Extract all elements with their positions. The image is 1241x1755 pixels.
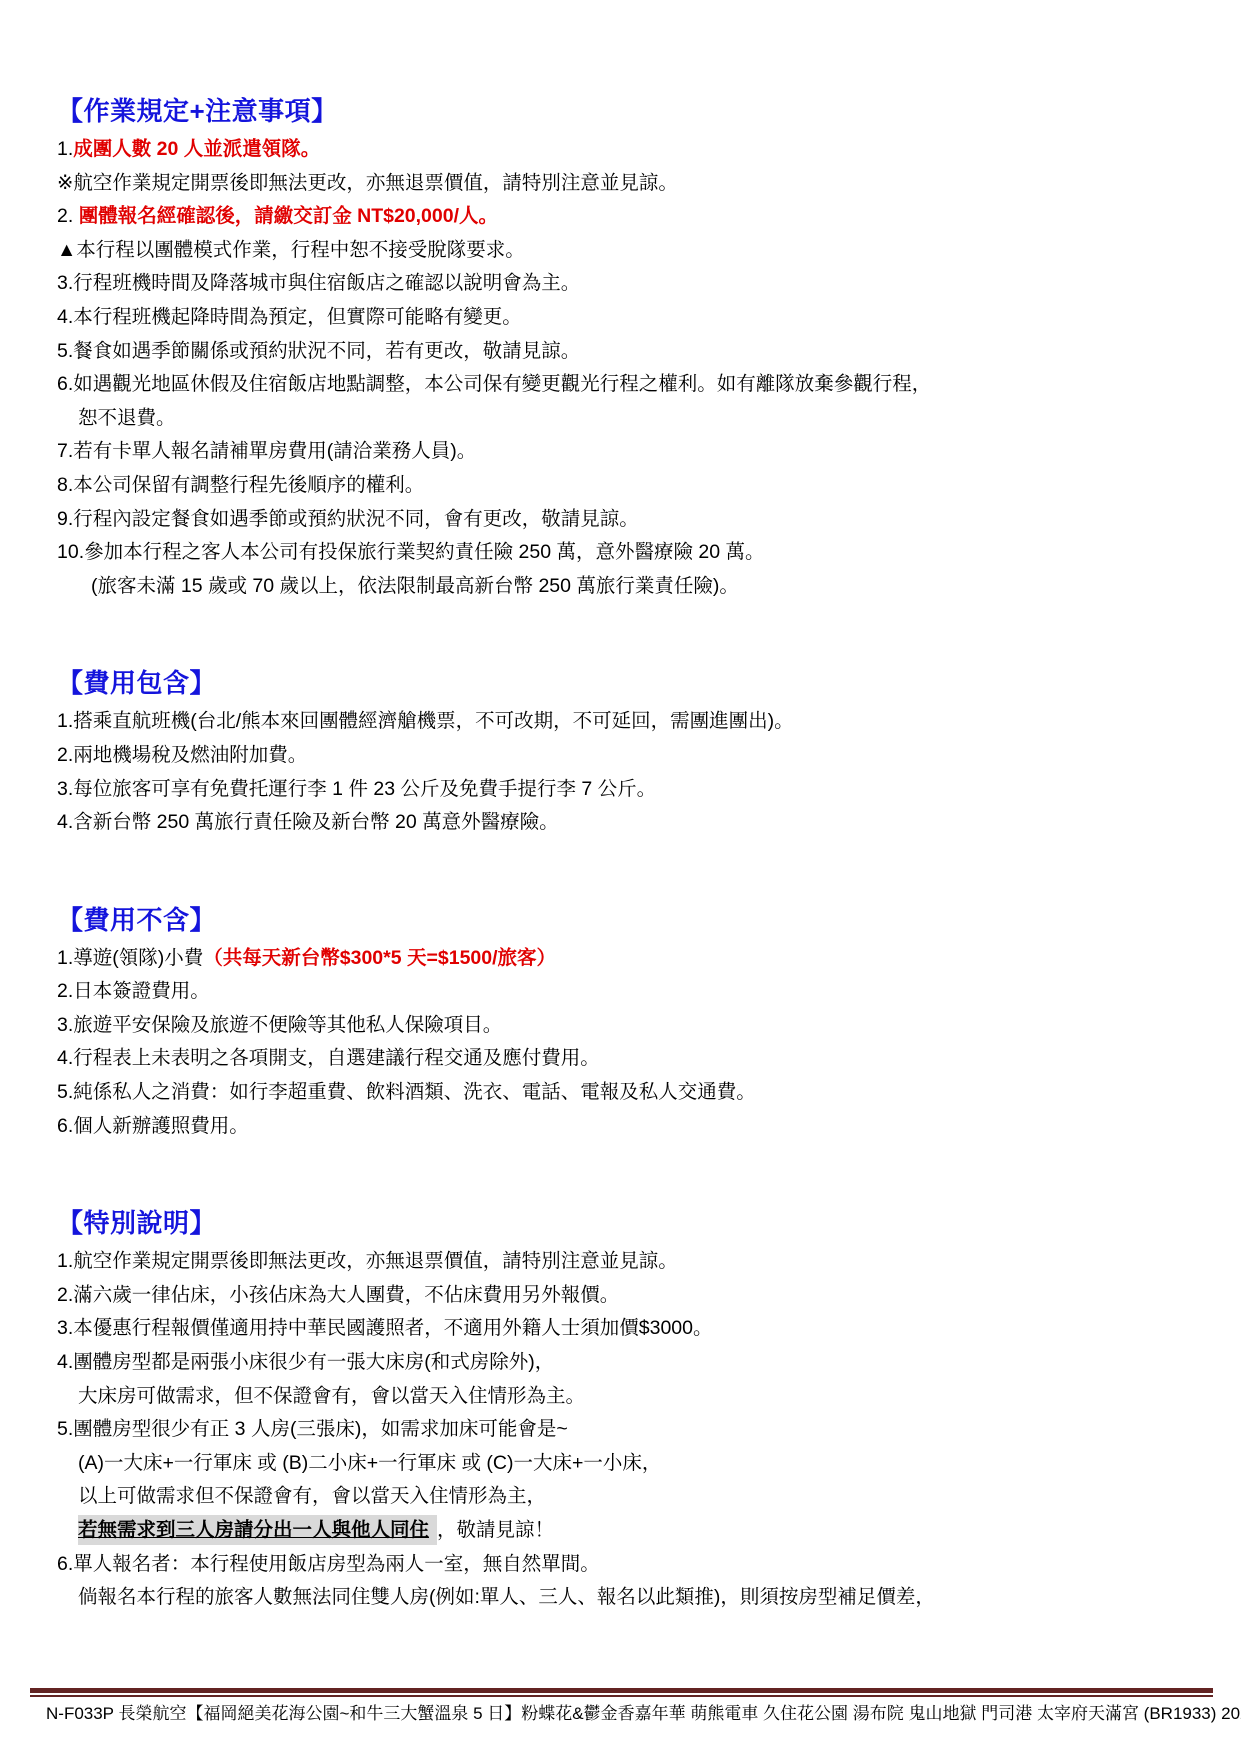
- document-body: 【作業規定+注意事項】1.成團人數 20 人並派遣領隊。※航空作業規定開票後即無…: [0, 0, 1241, 1615]
- body-text-run: 4.本行程班機起降時間為預定，但實際可能略有變更。: [57, 306, 522, 328]
- text-line: ※航空作業規定開票後即無法更改，亦無退票價值，請特別注意並見諒。: [57, 167, 1191, 201]
- text-line: 5.團體房型很少有正 3 人房(三張床)，如需求加床可能會是~: [57, 1413, 1191, 1447]
- body-text-run: 1.導遊(領隊)小費: [57, 947, 203, 969]
- text-line: ▲本行程以團體模式作業，行程中恕不接受脫隊要求。: [57, 234, 1191, 268]
- text-line: 6.單人報名者：本行程使用飯店房型為兩人一室，無自然單間。: [57, 1548, 1191, 1582]
- text-line: 5.餐食如遇季節關係或預約狀況不同，若有更改，敬請見諒。: [57, 335, 1191, 369]
- emphasis-red-run: 成團人數 20 人並派遣領隊。: [73, 138, 320, 160]
- body-text-run: ，敬請見諒！: [437, 1519, 554, 1541]
- body-text-run: 1.: [57, 138, 73, 160]
- text-line: 1.成團人數 20 人並派遣領隊。: [57, 133, 1191, 167]
- text-line: 1.導遊(領隊)小費（共每天新台幣$300*5 天=$1500/旅客）: [57, 942, 1191, 976]
- text-line: 若無需求到三人房請分出一人與他人同住，敬請見諒！: [57, 1514, 1191, 1548]
- body-text-run: 1.航空作業規定開票後即無法更改，亦無退票價值，請特別注意並見諒。: [57, 1250, 678, 1272]
- text-line: 5.純係私人之消費：如行李超重費、飲料酒類、洗衣、電話、電報及私人交通費。: [57, 1076, 1191, 1110]
- body-text-run: 5.團體房型很少有正 3 人房(三張床)，如需求加床可能會是~: [57, 1418, 568, 1440]
- body-text-run: 8.本公司保留有調整行程先後順序的權利。: [57, 474, 424, 496]
- body-text-run: 以上可做需求但不保證會有，會以當天入住情形為主，: [78, 1485, 546, 1507]
- emphasis-red-run: （共每天新台幣$300*5 天=$1500/旅客）: [203, 947, 556, 969]
- text-line: (旅客未滿 15 歲或 70 歲以上，依法限制最高新台幣 250 萬旅行業責任險…: [57, 570, 1191, 604]
- body-text-run: ▲本行程以團體模式作業，行程中恕不接受脫隊要求。: [57, 239, 525, 261]
- body-text-run: 恕不退費。: [78, 407, 176, 429]
- section-fee-included: 【費用包含】1.搭乘直航班機(台北/熊本來回團體經濟艙機票，不可改期，不可延回，…: [57, 665, 1191, 839]
- text-line: 3.本優惠行程報價僅適用持中華民國護照者，不適用外籍人士須加價$3000。: [57, 1312, 1191, 1346]
- footer-text: N-F033P 長榮航空【福岡絕美花海公園~和牛三大蟹溫泉 5 日】粉蝶花&鬱金…: [46, 1702, 1216, 1726]
- text-line: 4.本行程班機起降時間為預定，但實際可能略有變更。: [57, 301, 1191, 335]
- body-text-run: 10.參加本行程之客人本公司有投保旅行業契約責任險 250 萬，意外醫療險 20…: [57, 541, 765, 563]
- body-text-run: 5.純係私人之消費：如行李超重費、飲料酒類、洗衣、電話、電報及私人交通費。: [57, 1081, 756, 1103]
- body-text-run: 3.行程班機時間及降落城市與住宿飯店之確認以說明會為主。: [57, 272, 580, 294]
- text-line: 2. 團體報名經確認後，請繳交訂金 NT$20,000/人。: [57, 200, 1191, 234]
- body-text-run: 3.旅遊平安保險及旅遊不便險等其他私人保險項目。: [57, 1014, 502, 1036]
- section-special-notes-title: 【特別說明】: [57, 1205, 1191, 1241]
- body-text-run: 3.本優惠行程報價僅適用持中華民國護照者，不適用外籍人士須加價$3000。: [57, 1317, 713, 1339]
- body-text-run: 9.行程內設定餐食如遇季節或預約狀況不同，會有更改，敬請見諒。: [57, 508, 639, 530]
- body-text-run: 大床房可做需求，但不保證會有，會以當天入住情形為主。: [78, 1385, 585, 1407]
- section-special-notes: 【特別說明】1.航空作業規定開票後即無法更改，亦無退票價值，請特別注意並見諒。2…: [57, 1205, 1191, 1615]
- text-line: 3.旅遊平安保險及旅遊不便險等其他私人保險項目。: [57, 1009, 1191, 1043]
- body-text-run: (旅客未滿 15 歲或 70 歲以上，依法限制最高新台幣 250 萬旅行業責任險…: [91, 575, 739, 597]
- body-text-run: 2.日本簽證費用。: [57, 980, 210, 1002]
- text-line: 6.個人新辦護照費用。: [57, 1110, 1191, 1144]
- text-line: 大床房可做需求，但不保證會有，會以當天入住情形為主。: [57, 1380, 1191, 1414]
- text-line: 2.日本簽證費用。: [57, 975, 1191, 1009]
- body-text-run: 2.: [57, 205, 79, 227]
- text-line: 4.行程表上未表明之各項開支，自選建議行程交通及應付費用。: [57, 1042, 1191, 1076]
- body-text-run: 3.每位旅客可享有免費托運行李 1 件 23 公斤及免費手提行李 7 公斤。: [57, 778, 656, 800]
- body-text-run: (A)一大床+一行軍床 或 (B)二小床+一行軍床 或 (C)一大床+一小床，: [78, 1452, 661, 1474]
- emphasis-red-run: 團體報名經確認後，請繳交訂金 NT$20,000/人。: [79, 205, 498, 227]
- text-line: 7.若有卡單人報名請補單房費用(請洽業務人員)。: [57, 435, 1191, 469]
- text-line: 3.每位旅客可享有免費托運行李 1 件 23 公斤及免費手提行李 7 公斤。: [57, 773, 1191, 807]
- text-line: 10.參加本行程之客人本公司有投保旅行業契約責任險 250 萬，意外醫療險 20…: [57, 536, 1191, 570]
- section-operation-rules-title: 【作業規定+注意事項】: [57, 93, 1191, 129]
- text-line: 恕不退費。: [57, 402, 1191, 436]
- highlight-run: 若無需求到三人房請分出一人與他人同住: [78, 1515, 437, 1545]
- text-line: 倘報名本行程的旅客人數無法同住雙人房(例如:單人、三人、報名以此類推)，則須按房…: [57, 1581, 1191, 1615]
- body-text-run: 4.團體房型都是兩張小床很少有一張大床房(和式房除外)，: [57, 1351, 554, 1373]
- text-line: 2.滿六歲一律佔床，小孩佔床為大人團費，不佔床費用另外報價。: [57, 1279, 1191, 1313]
- text-line: 3.行程班機時間及降落城市與住宿飯店之確認以說明會為主。: [57, 267, 1191, 301]
- footer-divider: [30, 1688, 1213, 1697]
- text-line: 2.兩地機場稅及燃油附加費。: [57, 739, 1191, 773]
- document-page: 【作業規定+注意事項】1.成團人數 20 人並派遣領隊。※航空作業規定開票後即無…: [0, 0, 1241, 1615]
- body-text-run: 5.餐食如遇季節關係或預約狀況不同，若有更改，敬請見諒。: [57, 340, 580, 362]
- text-line: 1.搭乘直航班機(台北/熊本來回團體經濟艙機票，不可改期，不可延回，需團進團出)…: [57, 705, 1191, 739]
- text-line: 4.團體房型都是兩張小床很少有一張大床房(和式房除外)，: [57, 1346, 1191, 1380]
- text-line: 6.如遇觀光地區休假及住宿飯店地點調整，本公司保有變更觀光行程之權利。如有離隊放…: [57, 368, 1191, 402]
- body-text-run: 4.含新台幣 250 萬旅行責任險及新台幣 20 萬意外醫療險。: [57, 811, 559, 833]
- section-fee-included-title: 【費用包含】: [57, 665, 1191, 701]
- section-operation-rules: 【作業規定+注意事項】1.成團人數 20 人並派遣領隊。※航空作業規定開票後即無…: [57, 93, 1191, 603]
- body-text-run: 6.單人報名者：本行程使用飯店房型為兩人一室，無自然單間。: [57, 1553, 600, 1575]
- text-line: 4.含新台幣 250 萬旅行責任險及新台幣 20 萬意外醫療險。: [57, 806, 1191, 840]
- body-text-run: 7.若有卡單人報名請補單房費用(請洽業務人員)。: [57, 440, 476, 462]
- text-line: 以上可做需求但不保證會有，會以當天入住情形為主，: [57, 1480, 1191, 1514]
- body-text-run: 6.個人新辦護照費用。: [57, 1115, 249, 1137]
- body-text-run: 2.滿六歲一律佔床，小孩佔床為大人團費，不佔床費用另外報價。: [57, 1284, 619, 1306]
- text-line: (A)一大床+一行軍床 或 (B)二小床+一行軍床 或 (C)一大床+一小床，: [57, 1447, 1191, 1481]
- body-text-run: 倘報名本行程的旅客人數無法同住雙人房(例如:單人、三人、報名以此類推)，則須按房…: [78, 1586, 935, 1608]
- text-line: 8.本公司保留有調整行程先後順序的權利。: [57, 469, 1191, 503]
- section-fee-excluded-title: 【費用不含】: [57, 902, 1191, 938]
- body-text-run: 1.搭乘直航班機(台北/熊本來回團體經濟艙機票，不可改期，不可延回，需團進團出)…: [57, 710, 794, 732]
- text-line: 1.航空作業規定開票後即無法更改，亦無退票價值，請特別注意並見諒。: [57, 1245, 1191, 1279]
- body-text-run: 2.兩地機場稅及燃油附加費。: [57, 744, 307, 766]
- section-fee-excluded: 【費用不含】1.導遊(領隊)小費（共每天新台幣$300*5 天=$1500/旅客…: [57, 902, 1191, 1144]
- body-text-run: 6.如遇觀光地區休假及住宿飯店地點調整，本公司保有變更觀光行程之權利。如有離隊放…: [57, 373, 931, 395]
- text-line: 9.行程內設定餐食如遇季節或預約狀況不同，會有更改，敬請見諒。: [57, 503, 1191, 537]
- body-text-run: 4.行程表上未表明之各項開支，自選建議行程交通及應付費用。: [57, 1047, 600, 1069]
- body-text-run: ※航空作業規定開票後即無法更改，亦無退票價值，請特別注意並見諒。: [57, 172, 678, 194]
